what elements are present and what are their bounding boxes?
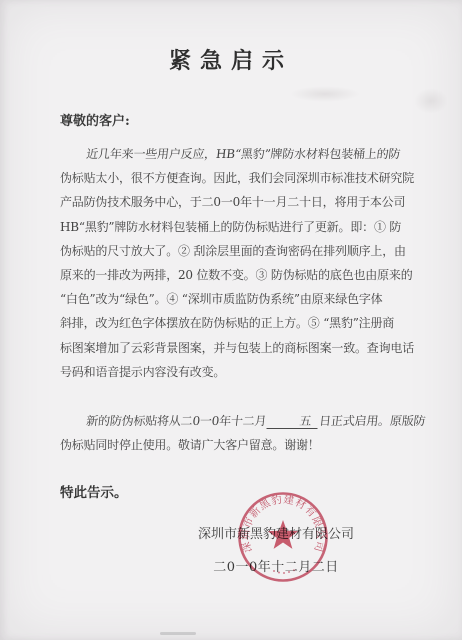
notice-line: “白色”改为“绿色”。④ “深圳市质监防伪系统”由原来绿色字体 (60, 287, 416, 311)
scan-smudge (160, 632, 196, 635)
notice-line: 原来的一排改为两排，20 位数不变。③ 防伪标贴的底色也由原来的 (60, 263, 416, 287)
notice-line: 伪标贴的尺寸放大了。② 刮涂层里面的查询密码在排列顺序上，由 (60, 239, 416, 263)
closing-statement: 特此告示。 (60, 484, 128, 502)
notice-line: 标图案增加了云彩背景图案，并与包装上的商标图案一致。查询电话 (60, 336, 416, 360)
notice-title: 紧急启示 (0, 44, 462, 75)
notice-line: 产品防伪技术服务中心，于二0一0年十一月二十日，将用于本公司 (60, 190, 416, 214)
notice-line: 新的防伪标贴将从二0一0年十二月五日正式启用。原版防 (60, 409, 419, 433)
paragraph-1: 近几年来一些用户反应，HB“黑豹”牌防水材料包装桶上的防 伪标贴太小，很不方便查… (60, 142, 416, 384)
fill-in-blank: 五 (267, 414, 319, 429)
company-name: 深圳市新黑豹建材有限公司 (178, 527, 374, 543)
paragraph-2: 新的防伪标贴将从二0一0年十二月五日正式启用。原版防 伪标贴同时停止使用。敬请广… (60, 409, 416, 457)
issue-date: 二0一0年十二月二日 (178, 556, 374, 575)
document-page: 紧急启示 尊敬的客户: 近几年来一些用户反应，HB“黑豹”牌防水材料包装桶上的防… (0, 0, 462, 640)
notice-line: 斜排，改为红色字体摆放在防伪标贴的正上方。⑤ “黑豹”注册商 (60, 311, 416, 335)
date-sentence-pre: 新的防伪标贴将从二0一0年十二月 (86, 414, 268, 428)
notice-line: 近几年来一些用户反应，HB“黑豹”牌防水材料包装桶上的防 (60, 142, 419, 166)
notice-line: 号码和语音提示内容没有改变。 (60, 360, 416, 384)
salutation: 尊敬的客户: (60, 110, 130, 129)
notice-line: HB“黑豹”牌防水材料包装桶上的防伪标贴进行了更新。即：① 防 (60, 215, 416, 239)
signature-block: 深圳市新黑豹建材有限公司 二0一0年十二月二日 (178, 527, 374, 575)
scan-smudge (290, 86, 360, 102)
notice-line: 伪标贴太小，很不方便查询。因此，我们会同深圳市标准技术研究院 (60, 166, 416, 190)
scan-smudge (414, 88, 448, 114)
notice-line: 伪标贴同时停止使用。敬请广大客户留意。谢谢！ (60, 433, 416, 457)
date-sentence-post: 日正式启用。原版防 (318, 414, 426, 428)
